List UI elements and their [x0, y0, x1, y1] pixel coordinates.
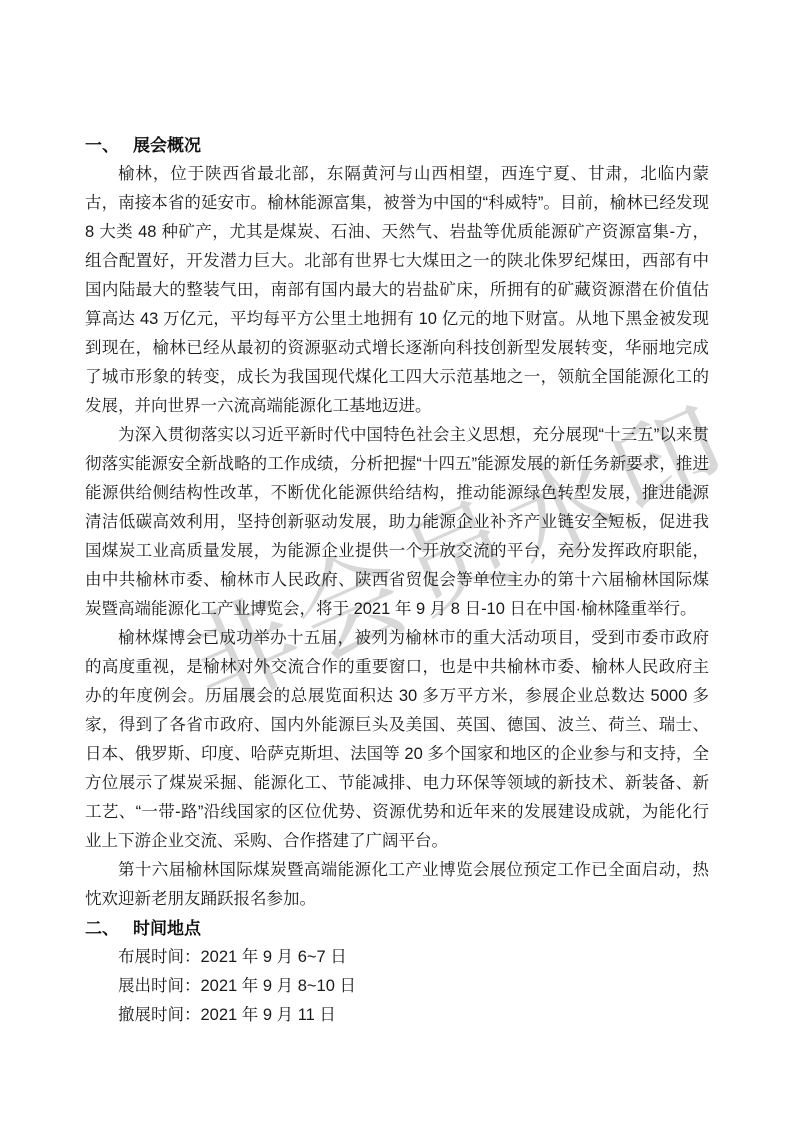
- paragraph-overview-3: 榆林煤博会已成功举办十五届，被列为榆林市的重大活动项目，受到市委市政府的高度重视…: [85, 624, 709, 856]
- section-1-title: 展会概况: [133, 136, 201, 155]
- schedule-line-exhibition: 展出时间：2021 年 9 月 8~10 日: [85, 972, 709, 1001]
- schedule-line-setup: 布展时间：2021 年 9 月 6~7 日: [85, 943, 709, 972]
- document-page: 非会员水印 一、展会概况 榆林，位于陕西省最北部，东隔黄河与山西相望，西连宁夏、…: [0, 0, 793, 1122]
- paragraph-overview-4: 第十六届榆林国际煤炭暨高端能源化工产业博览会展位预定工作已全面启动，热忱欢迎新老…: [85, 856, 709, 914]
- paragraph-overview-2: 为深入贯彻落实以习近平新时代中国特色社会主义思想，充分展现“十三五”以来贯彻落实…: [85, 421, 709, 624]
- section-1-heading: 一、展会概况: [85, 131, 709, 160]
- section-2-heading: 二、时间地点: [85, 914, 709, 943]
- paragraph-overview-1: 榆林，位于陕西省最北部，东隔黄河与山西相望，西连宁夏、甘肃，北临内蒙古，南接本省…: [85, 160, 709, 421]
- section-2-number: 二、: [85, 919, 119, 938]
- document-content: 一、展会概况 榆林，位于陕西省最北部，东隔黄河与山西相望，西连宁夏、甘肃，北临内…: [85, 131, 709, 1030]
- schedule-line-teardown: 撤展时间：2021 年 9 月 11 日: [85, 1001, 709, 1030]
- section-2-title: 时间地点: [133, 919, 201, 938]
- section-1-number: 一、: [85, 136, 119, 155]
